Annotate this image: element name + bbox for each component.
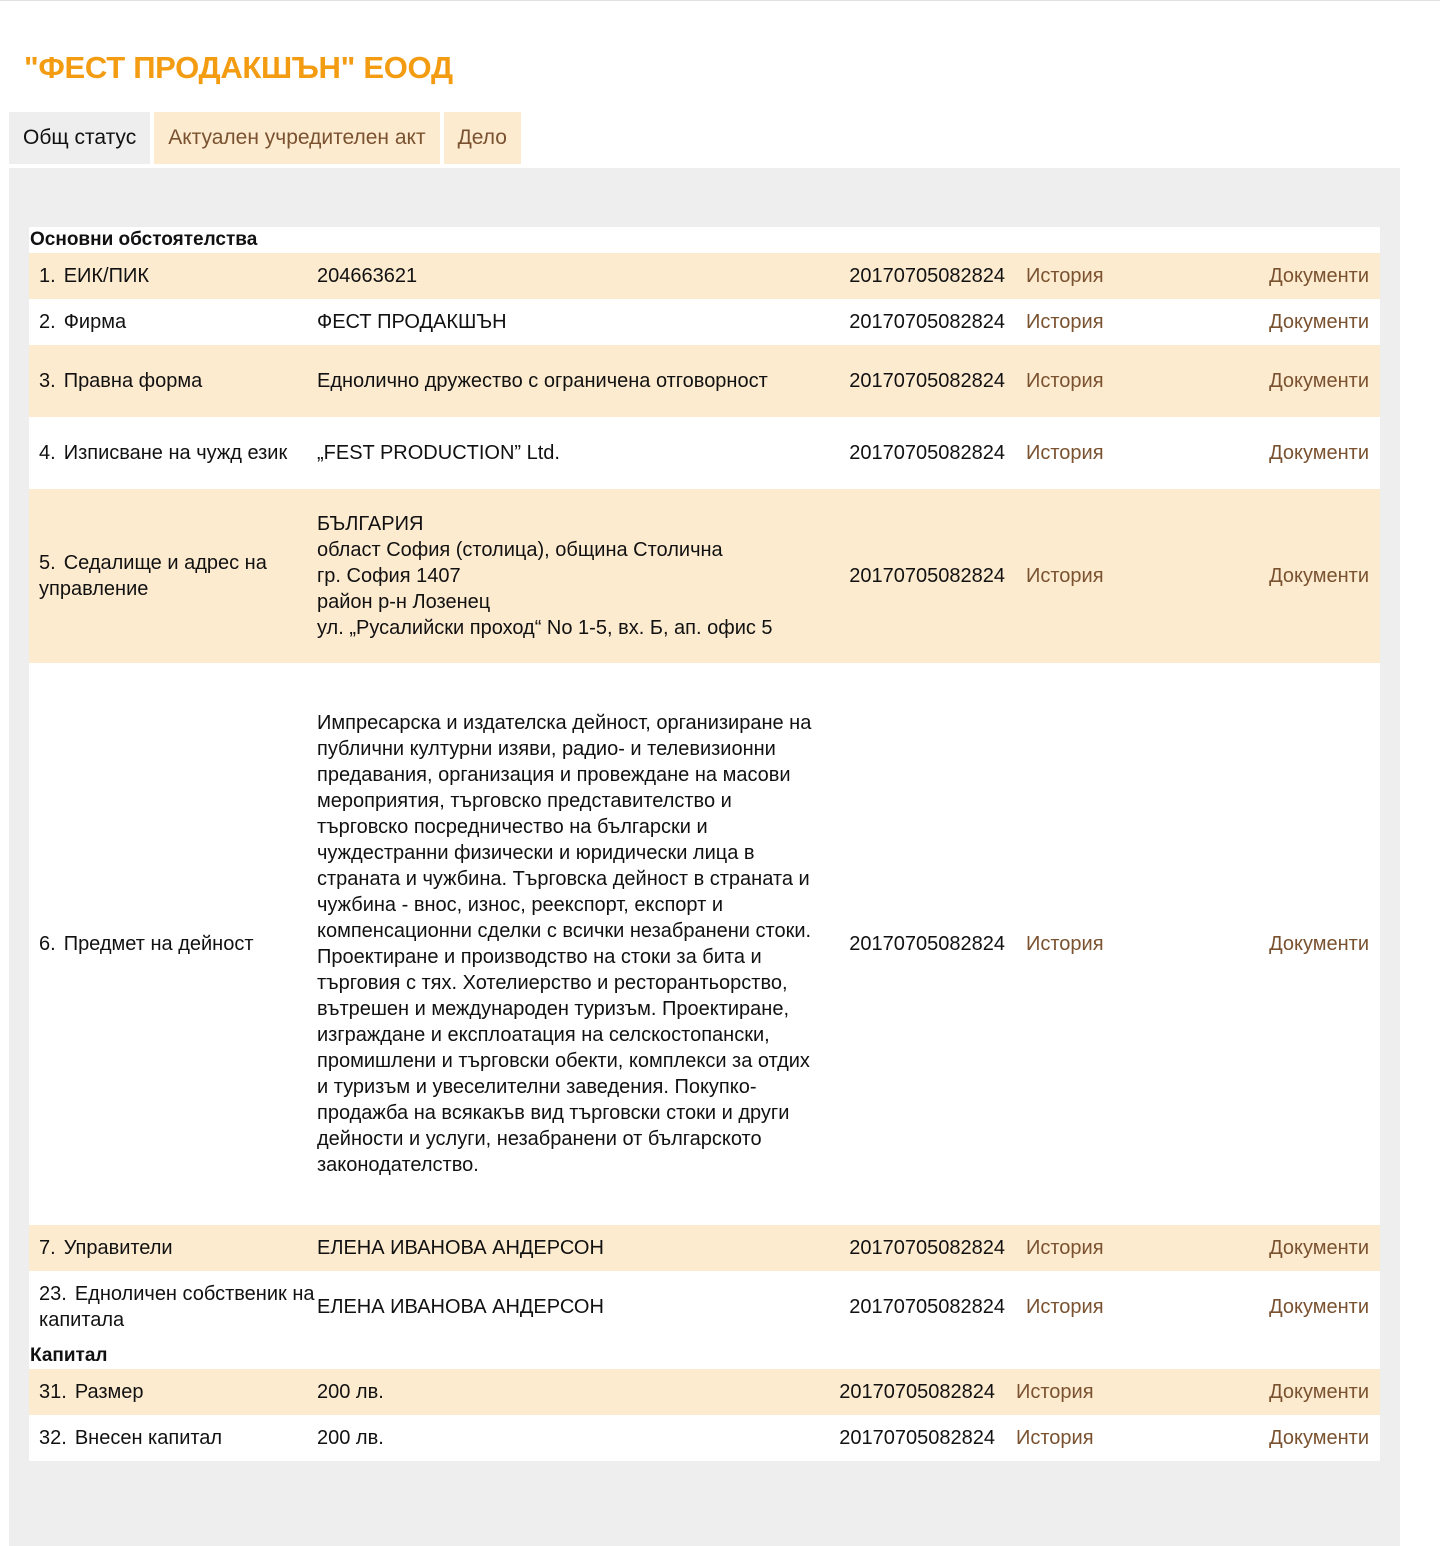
field-value-line: област София (столица), община Столична [317,537,823,563]
section-heading: Капитал [29,1343,1380,1369]
table-row: 1.ЕИК/ПИК20466362120170705082824ИсторияД… [29,253,1380,299]
entry-number: 20170705082824 [823,265,1015,288]
table-row: 2.ФирмаФЕСТ ПРОДАКШЪН20170705082824Истор… [29,299,1380,345]
field-label-text: Внесен капитал [75,1427,222,1449]
table-row: 3.Правна формаЕднолично дружество с огра… [29,345,1380,417]
history-link[interactable]: История [1016,1427,1094,1449]
history-link[interactable]: История [1016,1381,1094,1403]
page-title: "ФЕСТ ПРОДАКШЪН" ЕООД [24,50,453,86]
history-link[interactable]: История [1026,370,1104,392]
history-cell: История [1015,933,1215,956]
content-panel: Основни обстоятелства1.ЕИК/ПИК2046636212… [9,168,1400,1546]
field-label-text: Управители [64,1237,173,1259]
field-value: Импресарска и издателска дейност, органи… [317,710,823,1178]
field-value-line: Импресарска и издателска дейност, органи… [317,710,823,1178]
entry-number: 20170705082824 [823,565,1015,588]
documents-cell: Документи [1205,1427,1380,1450]
history-link[interactable]: История [1026,565,1104,587]
entry-number: 20170705082824 [823,370,1015,393]
documents-link[interactable]: Документи [1269,933,1369,955]
table-row: 7.УправителиЕЛЕНА ИВАНОВА АНДЕРСОН201707… [29,1225,1380,1271]
field-label: 3.Правна форма [29,368,317,394]
field-value-line: ул. „Русалийски проход“ No 1-5, вх. Б, а… [317,615,823,641]
field-number: 23. [39,1283,67,1305]
documents-cell: Документи [1205,1381,1380,1404]
history-cell: История [1015,565,1215,588]
field-number: 5. [39,552,56,574]
documents-link[interactable]: Документи [1269,1381,1369,1403]
entry-number: 20170705082824 [823,442,1015,465]
history-cell: История [1015,265,1215,288]
field-value-line: БЪЛГАРИЯ [317,511,823,537]
field-value: 200 лв. [317,1379,823,1405]
section-heading: Основни обстоятелства [29,227,1380,253]
entry-number: 20170705082824 [823,1381,1005,1404]
field-value: ФЕСТ ПРОДАКШЪН [317,309,823,335]
field-value-line: гр. София 1407 [317,563,823,589]
field-number: 4. [39,442,56,464]
field-value-line: Еднолично дружество с ограничена отговор… [317,368,823,394]
table-row: 4.Изписване на чужд език„FEST PRODUCTION… [29,417,1380,489]
field-label-text: Предмет на дейност [64,933,254,955]
field-value: БЪЛГАРИЯобласт София (столица), община С… [317,511,823,641]
field-number: 6. [39,933,56,955]
history-cell: История [1005,1381,1205,1404]
history-cell: История [1015,1296,1215,1319]
field-value-line: 204663621 [317,263,823,289]
tab-bar: Общ статус Актуален учредителен акт Дело [9,112,521,164]
field-number: 7. [39,1237,56,1259]
field-label-text: Фирма [64,311,126,333]
tab-general-status[interactable]: Общ статус [9,112,150,164]
documents-link[interactable]: Документи [1269,311,1369,333]
history-cell: История [1015,1237,1215,1260]
documents-link[interactable]: Документи [1269,1427,1369,1449]
history-link[interactable]: История [1026,311,1104,333]
entry-number: 20170705082824 [823,1296,1015,1319]
documents-link[interactable]: Документи [1269,442,1369,464]
field-value: 204663621 [317,263,823,289]
documents-link[interactable]: Документи [1269,1296,1369,1318]
top-divider [0,0,1440,1]
documents-cell: Документи [1215,311,1380,334]
documents-cell: Документи [1215,933,1380,956]
field-label: 32.Внесен капитал [29,1425,317,1451]
documents-cell: Документи [1215,370,1380,393]
field-label-text: Едноличен собственик на капитала [39,1283,315,1331]
documents-cell: Документи [1215,442,1380,465]
field-value: „FEST PRODUCTION” Ltd. [317,440,823,466]
circumstances-table: Основни обстоятелства1.ЕИК/ПИК2046636212… [29,227,1380,1461]
field-value-line: ЕЛЕНА ИВАНОВА АНДЕРСОН [317,1294,823,1320]
entry-number: 20170705082824 [823,311,1015,334]
field-number: 2. [39,311,56,333]
table-row: 31.Размер200 лв.20170705082824ИсторияДок… [29,1369,1380,1415]
field-number: 32. [39,1427,67,1449]
history-cell: История [1015,370,1215,393]
field-value-line: ЕЛЕНА ИВАНОВА АНДЕРСОН [317,1235,823,1261]
field-value: ЕЛЕНА ИВАНОВА АНДЕРСОН [317,1294,823,1320]
field-label-text: Изписване на чужд език [64,442,288,464]
history-cell: История [1005,1427,1205,1450]
entry-number: 20170705082824 [823,1237,1015,1260]
field-label: 1.ЕИК/ПИК [29,263,317,289]
field-value: ЕЛЕНА ИВАНОВА АНДЕРСОН [317,1235,823,1261]
history-link[interactable]: История [1026,933,1104,955]
field-value-line: „FEST PRODUCTION” Ltd. [317,440,823,466]
entry-number: 20170705082824 [823,1427,1005,1450]
documents-link[interactable]: Документи [1269,265,1369,287]
table-row: 23.Едноличен собственик на капиталаЕЛЕНА… [29,1271,1380,1343]
field-label: 23.Едноличен собственик на капитала [29,1281,317,1333]
history-link[interactable]: История [1026,1296,1104,1318]
tab-case-file[interactable]: Дело [444,112,521,164]
documents-cell: Документи [1215,1296,1380,1319]
field-label-text: Седалище и адрес на управление [39,552,267,600]
documents-link[interactable]: Документи [1269,1237,1369,1259]
history-link[interactable]: История [1026,265,1104,287]
documents-link[interactable]: Документи [1269,370,1369,392]
tab-articles-of-association[interactable]: Актуален учредителен акт [154,112,439,164]
field-label: 2.Фирма [29,309,317,335]
field-value-line: район р-н Лозенец [317,589,823,615]
field-number: 3. [39,370,56,392]
field-value-line: 200 лв. [317,1425,823,1451]
field-label: 31.Размер [29,1379,317,1405]
documents-cell: Документи [1215,565,1380,588]
field-label: 6.Предмет на дейност [29,931,317,957]
table-row: 32.Внесен капитал200 лв.20170705082824Ис… [29,1415,1380,1461]
documents-cell: Документи [1215,1237,1380,1260]
entry-number: 20170705082824 [823,933,1015,956]
history-link[interactable]: История [1026,442,1104,464]
field-label: 4.Изписване на чужд език [29,440,317,466]
history-link[interactable]: История [1026,1237,1104,1259]
field-label-text: Правна форма [64,370,203,392]
field-value: 200 лв. [317,1425,823,1451]
table-row: 6.Предмет на дейностИмпресарска и издате… [29,663,1380,1225]
field-number: 31. [39,1381,67,1403]
history-cell: История [1015,311,1215,334]
documents-cell: Документи [1215,265,1380,288]
table-row: 5.Седалище и адрес на управлениеБЪЛГАРИЯ… [29,489,1380,663]
field-label: 5.Седалище и адрес на управление [29,550,317,602]
field-value-line: ФЕСТ ПРОДАКШЪН [317,309,823,335]
field-value-line: 200 лв. [317,1379,823,1405]
field-value: Еднолично дружество с ограничена отговор… [317,368,823,394]
field-label: 7.Управители [29,1235,317,1261]
field-number: 1. [39,265,56,287]
documents-link[interactable]: Документи [1269,565,1369,587]
field-label-text: ЕИК/ПИК [64,265,149,287]
field-label-text: Размер [75,1381,144,1403]
history-cell: История [1015,442,1215,465]
